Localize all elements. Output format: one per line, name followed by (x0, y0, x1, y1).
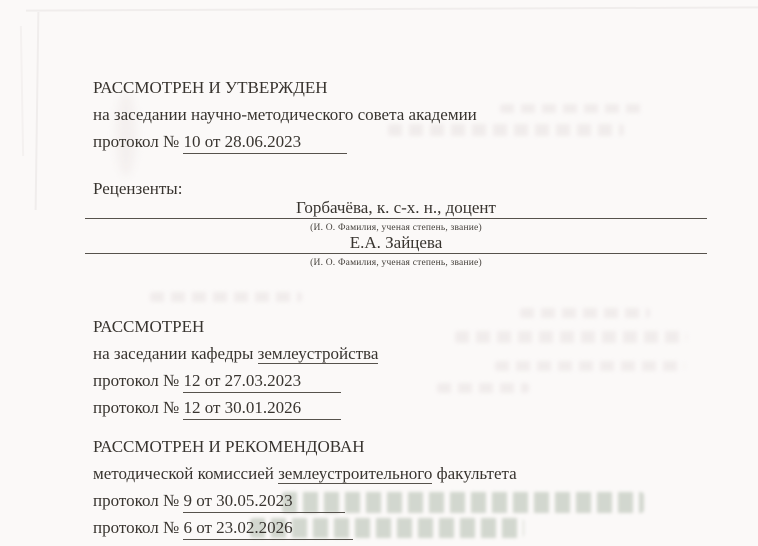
protocol-prefix: протокол № (93, 398, 183, 417)
scan-edge-artifact-top (26, 6, 758, 11)
faculty-section: РАССМОТРЕН И РЕКОМЕНДОВАН методической к… (93, 433, 517, 541)
department-name-underlined: землеустройства (258, 344, 379, 364)
faculty-protocol-line: протокол № 9 от 30.05.2023 (93, 487, 517, 514)
signature-caption: (И. О. Фамилия, ученая степень, звание) (85, 257, 707, 269)
approval-protocol-line: протокол № 10 от 28.06.2023 (93, 128, 477, 155)
commission-suffix: факультета (432, 464, 516, 483)
approval-title: РАССМОТРЕН И УТВЕРЖДЕН (93, 74, 477, 101)
protocol-number-underline: 12 от 30.01.2026 (183, 397, 341, 420)
approval-meeting-line: на заседании научно-методического совета… (93, 101, 477, 128)
department-protocol-line: протокол № 12 от 30.01.2026 (93, 394, 378, 421)
commission-prefix: методической комиссией (93, 464, 278, 483)
bleedthrough-artifact (150, 292, 302, 302)
reviewer-signature-line: Горбачёва, к. с-х. н., доцент (85, 197, 707, 219)
bleedthrough-artifact (495, 361, 685, 371)
reviewer-name: Горбачёва, к. с-х. н., доцент (296, 198, 496, 217)
protocol-prefix: протокол № (93, 518, 183, 537)
approval-section: РАССМОТРЕН И УТВЕРЖДЕН на заседании науч… (93, 74, 477, 155)
reviewer-name: Е.А. Зайцева (350, 233, 443, 252)
scan-edge-artifact-left (35, 12, 40, 210)
faculty-protocol-line: протокол № 6 от 23.02.2026 (93, 514, 517, 541)
scanned-document-page: РАССМОТРЕН И УТВЕРЖДЕН на заседании науч… (0, 0, 758, 546)
scan-edge-artifact-left-2 (20, 26, 24, 156)
protocol-prefix: протокол № (93, 491, 183, 510)
bleedthrough-artifact (520, 308, 650, 318)
protocol-number-underline: 6 от 23.02.2026 (183, 517, 352, 540)
bleedthrough-artifact (437, 383, 529, 393)
department-protocol-line: протокол № 12 от 27.03.2023 (93, 367, 378, 394)
protocol-prefix: протокол № (93, 132, 183, 151)
protocol-number-underline: 9 от 30.05.2023 (183, 490, 344, 513)
meeting-prefix: на заседании кафедры (93, 344, 258, 363)
faculty-title: РАССМОТРЕН И РЕКОМЕНДОВАН (93, 433, 517, 460)
department-section: РАССМОТРЕН на заседании кафедры землеуст… (93, 313, 378, 421)
protocol-prefix: протокол № (93, 371, 183, 390)
department-title: РАССМОТРЕН (93, 313, 378, 340)
bleedthrough-artifact (455, 331, 687, 343)
bleedthrough-artifact (500, 104, 642, 113)
protocol-number-underline: 12 от 27.03.2023 (183, 370, 341, 393)
protocol-number-underline: 10 от 28.06.2023 (183, 131, 347, 154)
faculty-commission-line: методической комиссией землеустроительно… (93, 460, 517, 487)
department-meeting-line: на заседании кафедры землеустройства (93, 340, 378, 367)
reviewer-signature-line: Е.А. Зайцева (85, 232, 707, 254)
faculty-name-underlined: землеустроительного (278, 464, 432, 484)
